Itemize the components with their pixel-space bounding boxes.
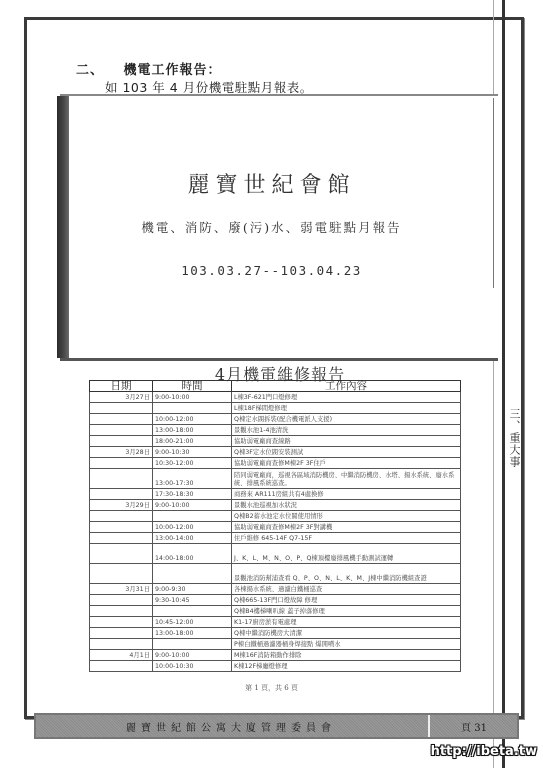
row-date xyxy=(90,533,153,544)
table-row: 10:45-12:00K1-17廚房淤有電處理 xyxy=(90,617,461,628)
row-content: 協助弱電廠商查修M棟2F 3F對講機 xyxy=(232,522,461,533)
table-row: 10:00-12:00協助弱電廠商查修M棟2F 3F對講機 xyxy=(90,522,461,533)
footer-page-number: 頁 31 xyxy=(434,719,514,734)
footer-bar: 麗寶世紀館公寓大廈管理委員會 頁 31 xyxy=(34,713,519,739)
table-row: L棟18F梯間燈修理 xyxy=(90,403,461,414)
table-row: 13:00-14:00住戶維修 645-14F Q7-15F xyxy=(90,533,461,544)
row-content: L棟18F梯間燈修理 xyxy=(232,403,461,414)
row-time: 14:00-18:00 xyxy=(153,544,232,564)
header-content: 工作內容 xyxy=(232,381,461,392)
row-content: 協助弱電廠商查修M棟2F 3F住戶 xyxy=(232,458,461,469)
row-content: Q棟3F定水位閥安裝測試 xyxy=(232,447,461,458)
table-row: Q棟B4樓梯喇叭線 蓋子掉落修理 xyxy=(90,606,461,617)
row-date xyxy=(90,595,153,606)
table-row: 10:30-12:00協助弱電廠商查修M棟2F 3F住戶 xyxy=(90,458,461,469)
row-time: 13:00-18:00 xyxy=(153,628,232,639)
footer-divider xyxy=(428,715,430,737)
cover-subtitle: 機電、消防、廢(污)水、弱電駐點月報告 xyxy=(0,218,543,236)
table-row: 3月28日9:00-10:30Q棟3F定水位閥安裝測試 xyxy=(90,447,461,458)
row-date xyxy=(90,606,153,617)
row-date xyxy=(90,414,153,425)
row-date xyxy=(90,403,153,414)
row-date xyxy=(90,436,153,447)
row-content: Q棟定水閥拆裝(配合機電派人支援) xyxy=(232,414,461,425)
row-date xyxy=(90,489,153,500)
row-time xyxy=(153,511,232,522)
row-content: Q棟中繼消防機房大清潔 xyxy=(232,628,461,639)
row-content: L棟3F-621門口燈修理 xyxy=(232,392,461,403)
row-content: Q棟B4樓梯喇叭線 蓋子掉落修理 xyxy=(232,606,461,617)
row-date: 4月1日 xyxy=(90,650,153,661)
page-count: 第 1 頁，共 6 頁 xyxy=(0,683,543,693)
table-row: 3月29日9:00-10:00景觀水池巡視加水狀況 xyxy=(90,500,461,511)
footer-title: 麗寶世紀館公寓大廈管理委員會 xyxy=(36,719,426,734)
watermark: http://ibeta.tw xyxy=(431,744,537,759)
side-border xyxy=(502,0,505,768)
row-date xyxy=(90,522,153,533)
row-content: P棟白鐵桶過濾器桶身焊接點 爆開噴水 xyxy=(232,639,461,650)
row-content: 商務來 AR111房組共有4處換修 xyxy=(232,489,461,500)
section-heading: 二、 機電工作報告： xyxy=(76,59,222,78)
row-date xyxy=(90,639,153,650)
table-row: 13:00-18:00景觀水池1-4池清洗 xyxy=(90,425,461,436)
row-time xyxy=(153,639,232,650)
side-tab-label: 三、重大事 xyxy=(508,408,522,468)
row-content: 景觀水池1-4池清洗 xyxy=(232,425,461,436)
table-row: 3月27日9:00-10:00L棟3F-621門口燈修理 xyxy=(90,392,461,403)
table-row: 10:00-12:00Q棟定水閥拆裝(配合機電派人支援) xyxy=(90,414,461,425)
table-row: 10:00-10:30K棟12F梯廳燈修理 xyxy=(90,661,461,672)
row-time: 18:00-21:00 xyxy=(153,436,232,447)
table-row: Q棟B2蓄水池定水位閥使用情形 xyxy=(90,511,461,522)
row-content: M棟16F消防箱動作排除 xyxy=(232,650,461,661)
row-content: K1-17廚房淤有電處理 xyxy=(232,617,461,628)
header-time: 時間 xyxy=(153,381,232,392)
row-time: 9:00-10:30 xyxy=(153,447,232,458)
cover-title: 麗寶世紀會館 xyxy=(0,168,543,199)
row-time: 10:00-10:30 xyxy=(153,661,232,672)
row-time: 10:00-12:00 xyxy=(153,414,232,425)
table-row: 13:00-17:30陪同弱電廠商，巡視各區域消防機房、中繼消防機房、水塔、揚水… xyxy=(90,469,461,489)
row-date xyxy=(90,544,153,564)
table-row: 17:30-18:30商務來 AR111房組共有4處換修 xyxy=(90,489,461,500)
row-date xyxy=(90,458,153,469)
header-date: 日期 xyxy=(90,381,153,392)
row-content: J、K、L、M、N、O、P、Q棟頂樓廢排風機手動測試運轉 xyxy=(232,544,461,564)
table-header-row: 日期 時間 工作內容 xyxy=(90,381,461,392)
row-date xyxy=(90,511,153,522)
row-date: 3月31日 xyxy=(90,584,153,595)
row-content: 陪同弱電廠商，巡視各區域消防機房、中繼消防機房、水塔、揚水系統、廢水系統、排風系… xyxy=(232,469,461,489)
row-time: 17:30-18:30 xyxy=(153,489,232,500)
row-time xyxy=(153,403,232,414)
row-date: 3月27日 xyxy=(90,392,153,403)
table-row: 景觀池消防幫浦查看 Q、P、O、N、L、K、M、J棟中繼消防機組查證 xyxy=(90,564,461,584)
row-time xyxy=(153,564,232,584)
row-time xyxy=(153,606,232,617)
row-time: 9:00-9:30 xyxy=(153,584,232,595)
row-time: 9:00-10:00 xyxy=(153,392,232,403)
row-time: 10:30-12:00 xyxy=(153,458,232,469)
row-content: K棟12F梯廳燈修理 xyxy=(232,661,461,672)
table-row: P棟白鐵桶過濾器桶身焊接點 爆開噴水 xyxy=(90,639,461,650)
row-content: 景觀池消防幫浦查看 Q、P、O、N、L、K、M、J棟中繼消防機組查證 xyxy=(232,564,461,584)
row-content: 住戶維修 645-14F Q7-15F xyxy=(232,533,461,544)
row-time: 13:00-14:00 xyxy=(153,533,232,544)
table-row: 3月31日9:00-9:30各棟揚水系統、過濾白鐵桶巡查 xyxy=(90,584,461,595)
table-row: 9:30-10:45Q棟665-13F門口燈故障 修理 xyxy=(90,595,461,606)
row-date xyxy=(90,469,153,489)
row-time: 13:00-18:00 xyxy=(153,425,232,436)
row-time: 9:00-10:00 xyxy=(153,650,232,661)
row-time: 9:00-10:00 xyxy=(153,500,232,511)
row-date xyxy=(90,661,153,672)
row-content: 協助弱電廠商查線路 xyxy=(232,436,461,447)
row-time: 10:45-12:00 xyxy=(153,617,232,628)
row-date xyxy=(90,564,153,584)
row-content: Q棟665-13F門口燈故障 修理 xyxy=(232,595,461,606)
row-content: 景觀水池巡視加水狀況 xyxy=(232,500,461,511)
row-date xyxy=(90,425,153,436)
row-time: 10:00-12:00 xyxy=(153,522,232,533)
section-number: 二、 xyxy=(76,63,104,78)
row-date: 3月29日 xyxy=(90,500,153,511)
row-time: 9:30-10:45 xyxy=(153,595,232,606)
section-title: 機電工作報告： xyxy=(124,63,222,78)
table-row: 13:00-18:00Q棟中繼消防機房大清潔 xyxy=(90,628,461,639)
table-row: 18:00-21:00協助弱電廠商查線路 xyxy=(90,436,461,447)
row-date xyxy=(90,628,153,639)
maintenance-report-table: 日期 時間 工作內容 3月27日9:00-10:00L棟3F-621門口燈修理L… xyxy=(89,380,461,672)
table-row: 4月1日9:00-10:00M棟16F消防箱動作排除 xyxy=(90,650,461,661)
row-date xyxy=(90,617,153,628)
row-time: 13:00-17:30 xyxy=(153,469,232,489)
row-date: 3月28日 xyxy=(90,447,153,458)
table-row: 14:00-18:00J、K、L、M、N、O、P、Q棟頂樓廢排風機手動測試運轉 xyxy=(90,544,461,564)
cover-date-range: 103.03.27--103.04.23 xyxy=(0,263,543,278)
row-content: 各棟揚水系統、過濾白鐵桶巡查 xyxy=(232,584,461,595)
row-content: Q棟B2蓄水池定水位閥使用情形 xyxy=(232,511,461,522)
